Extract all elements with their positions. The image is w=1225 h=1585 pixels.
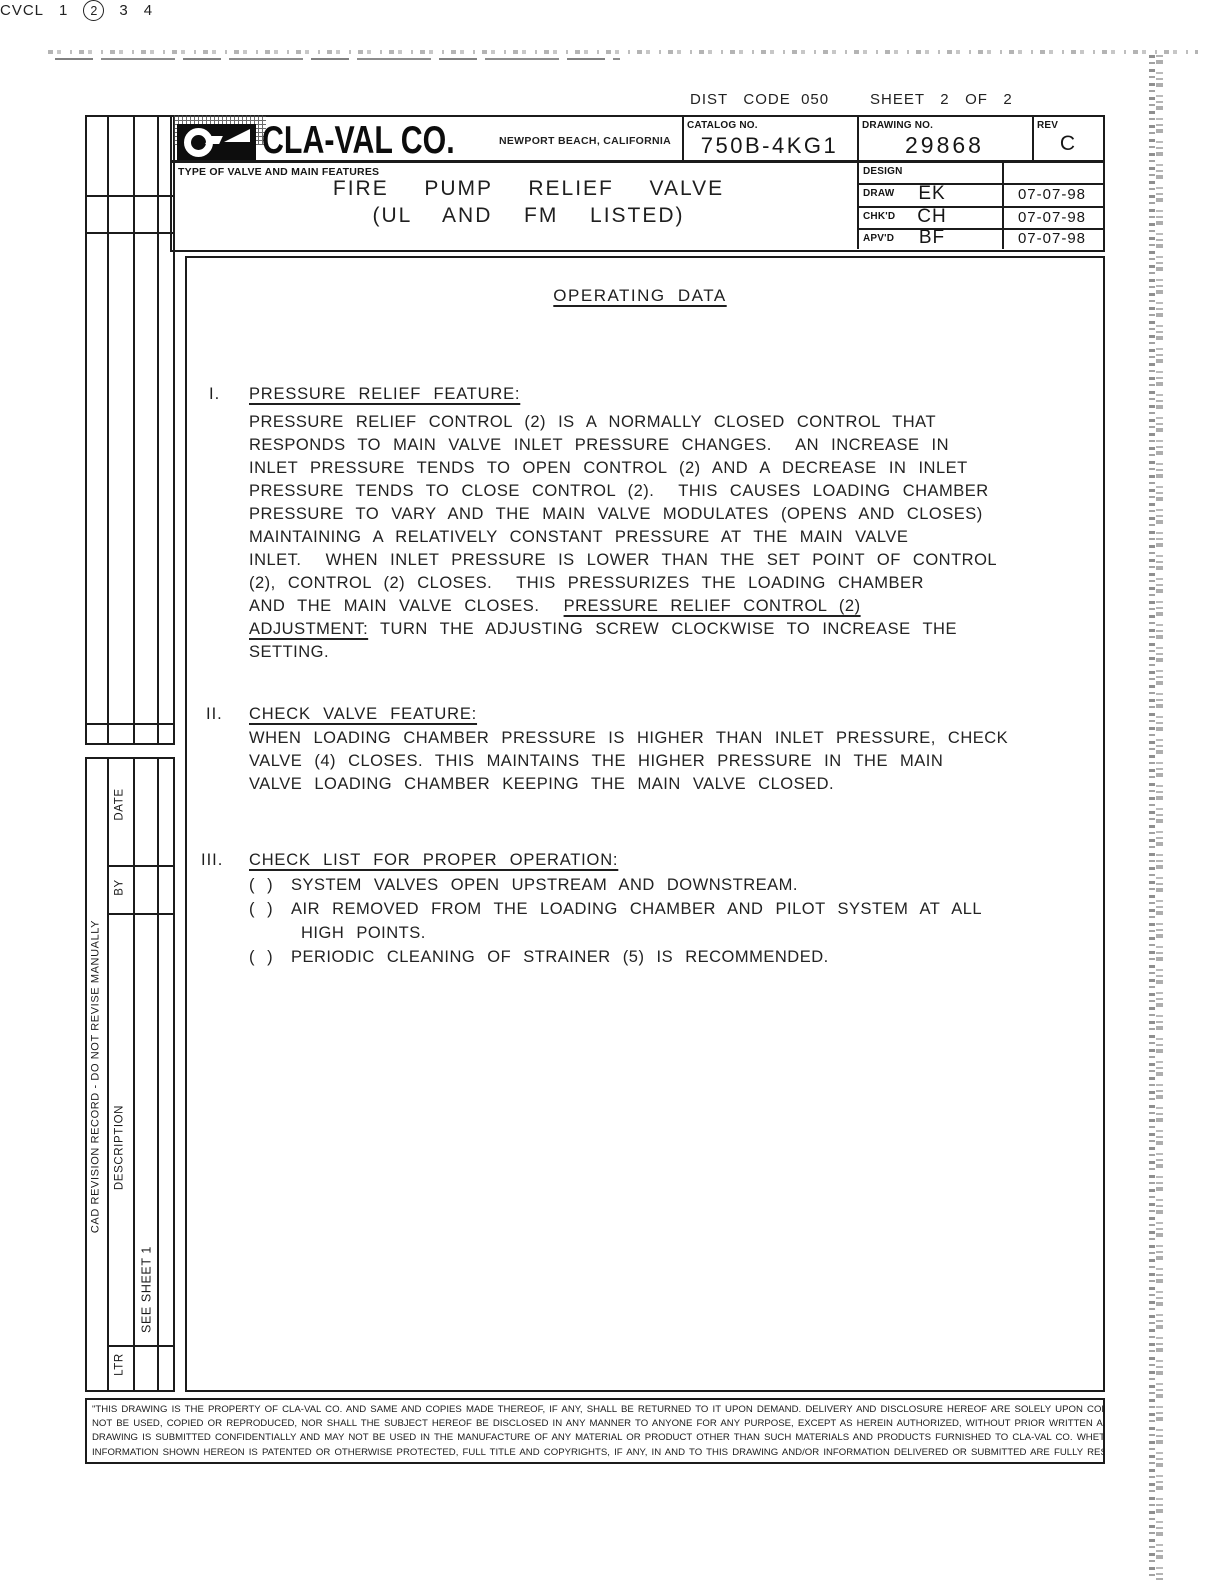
cvcl-item-1: 1 — [59, 2, 68, 19]
approval-row-draw-name: EK — [887, 183, 977, 205]
company-location: NEWPORT BEACH, CALIFORNIA — [499, 135, 671, 147]
approval-row-apvd-name: BF — [887, 227, 977, 249]
text-line: VALVE (4) CLOSES. THIS MAINTAINS THE HIG… — [249, 752, 1008, 775]
cvcl-label: CVCL — [0, 2, 44, 19]
grid-line — [87, 195, 173, 197]
legal-disclaimer-box: "THIS DRAWING IS THE PROPERTY OF CLA-VAL… — [85, 1398, 1105, 1464]
section3-heading: CHECK LIST FOR PROPER OPERATION: — [249, 851, 618, 870]
catalog-no-value: 750B-4KG1 — [682, 133, 857, 159]
scanned-drawing-sheet: CVCL 1 2 3 4 DIST CODE 050 SHEET 2 OF 2 … — [0, 0, 1225, 1585]
text-line: ADJUSTMENT: TURN THE ADJUSTING SCREW CLO… — [249, 620, 997, 643]
text-line: VALVE LOADING CHAMBER KEEPING THE MAIN V… — [249, 775, 1008, 798]
checklist-item: ( )AIR REMOVED FROM THE LOADING CHAMBER … — [249, 900, 982, 924]
rev-value: C — [1032, 132, 1103, 156]
disclaimer-line: NOT BE USED, COPIED OR REPRODUCED, NOR S… — [92, 1417, 1098, 1431]
grid-line — [157, 759, 159, 1390]
approval-row-chkd-date: 07-07-98 — [1004, 209, 1100, 226]
checkbox-marker: ( ) — [249, 900, 291, 919]
drawing-no-label: DRAWING NO. — [862, 120, 933, 131]
company-wordmark: CLA-VAL CO. — [262, 118, 455, 163]
text-line: PRESSURE TO VARY AND THE MAIN VALVE MODU… — [249, 505, 997, 528]
scan-artifact-column — [1149, 55, 1155, 1580]
revision-strip-upper — [85, 115, 175, 745]
checklist-item: ( )PERIODIC CLEANING OF STRAINER (5) IS … — [249, 948, 982, 972]
underlined-phrase: PRESSURE RELIEF CONTROL (2) — [564, 597, 861, 615]
logo-wedge-shape — [224, 129, 250, 142]
text-line: INLET PRESSURE TENDS TO OPEN CONTROL (2)… — [249, 459, 997, 482]
disclaimer-line: INFORMATION SHOWN HEREON IS PATENTED OR … — [92, 1446, 1098, 1460]
revision-column-by: BY — [113, 848, 128, 928]
disclaimer-line: DRAWING IS SUBMITTED CONFIDENTIALLY AND … — [92, 1431, 1098, 1445]
grid-line — [107, 117, 109, 743]
cad-revision-record-block: CAD REVISION RECORD - DO NOT REVISE MANU… — [85, 757, 175, 1392]
section1-numeral: I. — [209, 385, 220, 404]
scan-artifact-right-edge — [1147, 55, 1165, 1580]
drawing-title-line2: (UL AND FM LISTED) — [200, 204, 857, 228]
cvcl-class-row: CVCL 1 2 3 4 — [0, 0, 1225, 21]
rev-label: REV — [1037, 120, 1058, 131]
text-line: PRESSURE RELIEF CONTROL (2) IS A NORMALL… — [249, 413, 997, 436]
logo-notch-shape — [205, 136, 223, 144]
dist-code-label: DIST CODE 050 — [690, 91, 829, 108]
grid-line — [157, 117, 159, 743]
text-line: (2), CONTROL (2) CLOSES. THIS PRESSURIZE… — [249, 574, 997, 597]
cvcl-item-2-circled: 2 — [83, 0, 104, 21]
checkbox-marker: ( ) — [249, 948, 291, 967]
section3-numeral: III. — [201, 851, 223, 870]
operating-data-frame: OPERATING DATA I. PRESSURE RELIEF FEATUR… — [185, 256, 1105, 1392]
section1-heading: PRESSURE RELIEF FEATURE: — [249, 385, 520, 404]
underlined-phrase: ADJUSTMENT: — [249, 620, 368, 638]
checklist-item: ( )SYSTEM VALVES OPEN UPSTREAM AND DOWNS… — [249, 876, 982, 900]
text-line: MAINTAINING A RELATIVELY CONSTANT PRESSU… — [249, 528, 997, 551]
drawing-no-value: 29868 — [857, 132, 1032, 159]
drawing-title: FIRE PUMP RELIEF VALVE (UL AND FM LISTED… — [200, 177, 857, 228]
approval-row-chkd-name: CH — [887, 206, 977, 228]
cla-val-logo-icon — [177, 124, 256, 160]
section2-heading: CHECK VALVE FEATURE: — [249, 705, 477, 724]
revision-column-date: DATE — [113, 765, 128, 845]
scan-artifact-top-line-2 — [55, 58, 620, 60]
grid-line — [87, 723, 173, 725]
approval-row-draw-date: 07-07-98 — [1004, 186, 1100, 203]
text-line: WHEN LOADING CHAMBER PRESSURE IS HIGHER … — [249, 729, 1008, 752]
drawing-title-line1: FIRE PUMP RELIEF VALVE — [200, 177, 857, 201]
revision-entry-see-sheet-1: SEE SHEET 1 — [140, 1230, 155, 1350]
section3-checklist: ( )SYSTEM VALVES OPEN UPSTREAM AND DOWNS… — [249, 876, 982, 972]
checkbox-marker: ( ) — [249, 876, 291, 895]
checklist-item-continuation: HIGH POINTS. — [249, 924, 982, 948]
grid-line — [172, 160, 1103, 163]
text-line: INLET. WHEN INLET PRESSURE IS LOWER THAN… — [249, 551, 997, 574]
catalog-no-label: CATALOG NO. — [687, 120, 758, 131]
section2-paragraph: WHEN LOADING CHAMBER PRESSURE IS HIGHER … — [249, 729, 1008, 798]
sheet-number-label: SHEET 2 OF 2 — [870, 91, 1013, 108]
revision-column-description: DESCRIPTION — [113, 1098, 128, 1198]
approval-row-design-label: DESIGN — [863, 166, 903, 177]
grid-line — [133, 117, 135, 743]
grid-line — [133, 759, 135, 1390]
title-block: CLA-VAL CO. NEWPORT BEACH, CALIFORNIA CA… — [170, 115, 1105, 252]
operating-data-heading: OPERATING DATA — [187, 286, 1093, 306]
text-line: PRESSURE TENDS TO CLOSE CONTROL (2). THI… — [249, 482, 997, 505]
disclaimer-line: "THIS DRAWING IS THE PROPERTY OF CLA-VAL… — [92, 1403, 1098, 1417]
scan-artifact-column — [1156, 55, 1163, 1580]
section2-numeral: II. — [206, 705, 223, 724]
cvcl-item-4: 4 — [144, 2, 153, 19]
approval-row-apvd-date: 07-07-98 — [1004, 230, 1100, 247]
text-line: RESPONDS TO MAIN VALVE INLET PRESSURE CH… — [249, 436, 997, 459]
cvcl-item-3: 3 — [119, 2, 128, 19]
revision-column-ltr: LTR — [113, 1325, 128, 1405]
cad-revision-record-side-label: CAD REVISION RECORD - DO NOT REVISE MANU… — [89, 877, 104, 1277]
section1-paragraph: PRESSURE RELIEF CONTROL (2) IS A NORMALL… — [249, 413, 997, 666]
grid-line — [107, 759, 109, 1390]
grid-line — [87, 232, 173, 234]
text-line: SETTING. — [249, 643, 997, 666]
text-line: AND THE MAIN VALVE CLOSES. PRESSURE RELI… — [249, 597, 997, 620]
scan-artifact-top-line — [48, 50, 1198, 54]
